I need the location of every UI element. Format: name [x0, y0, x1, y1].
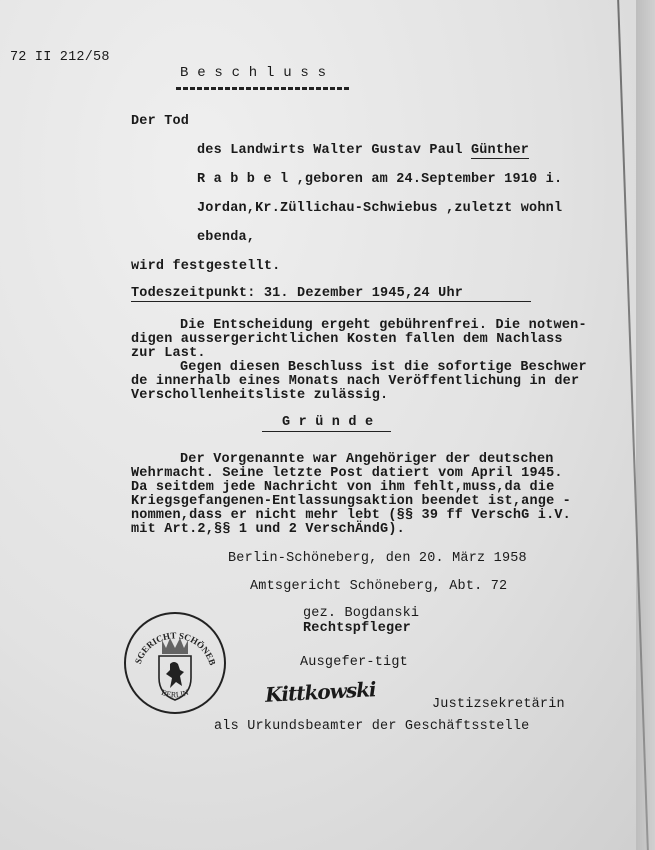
declaration-line-2: R a b b e l ,geboren am 24.September 191…	[197, 173, 562, 187]
clerk-role: als Urkundsbeamter der Geschäftsstelle	[214, 720, 529, 734]
declaration-line-4: ebenda,	[197, 231, 255, 245]
document-title: B e s c h l u s s	[180, 66, 326, 80]
intro-text: Der Tod	[131, 115, 189, 129]
signer-role: Rechtspfleger	[303, 622, 411, 636]
appeal-line-3: Verschollenheitsliste zulässig.	[131, 389, 388, 403]
declaration-closing: wird festgestellt.	[131, 260, 280, 274]
handwritten-signature: Kittkowski	[264, 677, 376, 707]
declaration-line-1: des Landwirts Walter Gustav Paul Günther	[197, 144, 529, 158]
page-edge-shadow	[636, 0, 655, 850]
costs-line-1: Die Entscheidung ergeht gebührenfrei. Di…	[180, 319, 587, 333]
file-number: 72 II 212/58	[10, 51, 110, 65]
appeal-line-1: Gegen diesen Beschluss ist die sofortige…	[180, 361, 587, 375]
place-and-date: Berlin-Schöneberg, den 20. März 1958	[228, 552, 527, 566]
costs-line-2: digen aussergerichtlichen Kosten fallen …	[131, 333, 563, 347]
reasons-line-4: Kriegsgefangenen-Entlassungsaktion beend…	[131, 495, 571, 509]
reasons-heading: G r ü n d e	[262, 416, 391, 432]
title-underline	[176, 87, 349, 90]
clerk-title: Justizsekretärin	[432, 698, 565, 712]
berlin-bear-shield-icon: AMTSGERICHT SCHÖNEBERG BERLIN	[126, 614, 224, 712]
svg-text:AMTSGERICHT SCHÖNEBERG: AMTSGERICHT SCHÖNEBERG	[126, 614, 218, 666]
reasons-line-5: nommen,dass er nicht mehr lebt (§§ 39 ff…	[131, 509, 571, 523]
reasons-line-3: Da seitdem jede Nachricht von ihm fehlt,…	[131, 481, 554, 495]
reasons-line-6: mit Art.2,§§ 1 und 2 VerschÄndG).	[131, 523, 405, 537]
declaration-line-3: Jordan,Kr.Züllichau-Schwiebus ,zuletzt w…	[197, 202, 562, 216]
time-of-death: Todeszeitpunkt: 31. Dezember 1945,24 Uhr	[131, 287, 531, 302]
deceased-name: des Landwirts Walter Gustav Paul	[197, 143, 471, 158]
reasons-line-1: Der Vorgenannte war Angehöriger der deut…	[180, 453, 554, 467]
document-page: 72 II 212/58 B e s c h l u s s Der Tod d…	[0, 0, 655, 850]
stamp-text-top: AMTSGERICHT SCHÖNEBERG	[126, 614, 218, 666]
certified-copy-note: Ausgefer-tigt	[300, 656, 408, 670]
deceased-surname-underlined: Günther	[471, 143, 529, 159]
court-name: Amtsgericht Schöneberg, Abt. 72	[250, 580, 507, 594]
signed-by: gez. Bogdanski	[303, 607, 419, 621]
reasons-line-2: Wehrmacht. Seine letzte Post datiert vom…	[131, 467, 563, 481]
costs-line-3: zur Last.	[131, 347, 206, 361]
appeal-line-2: de innerhalb eines Monats nach Veröffent…	[131, 375, 579, 389]
court-seal-stamp: AMTSGERICHT SCHÖNEBERG BERLIN	[124, 612, 226, 714]
